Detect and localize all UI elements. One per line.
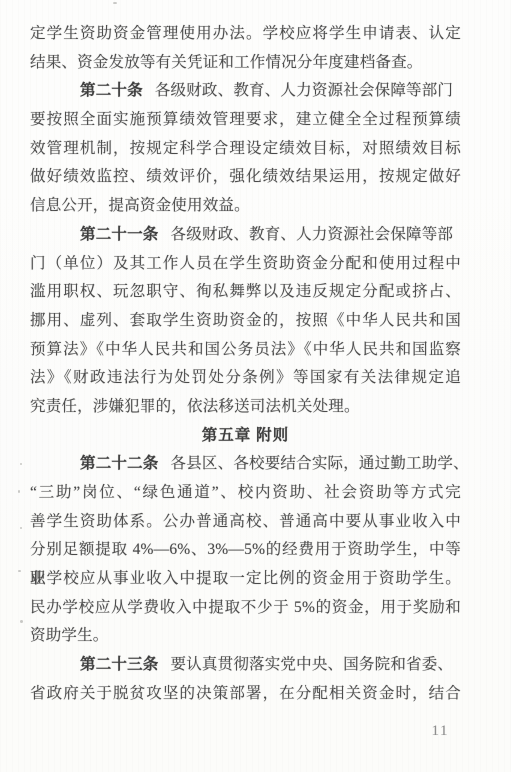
page-number: 11 [432,720,449,742]
text-line: 法》《财政违法行为处罚处分条例》等国家有关法律规定追 [30,364,461,393]
article-number: 第二十三条 [80,656,159,673]
text-line: 做好绩效监控、绩效评价，强化绩效结果运用，按规定做好 [30,163,461,192]
text-line: “三助”岗位、“绿色通道”、校内资助、社会资助等方式完 [30,479,461,508]
text-line: 各级财政、教育、人力资源社会保障等部 [171,226,454,243]
scanned-document-page: 定学生资助资金管理使用办法。学校应将学生申请表、认定 结果、资金发放等有关凭证和… [0,0,511,772]
text-line: 省政府关于脱贫攻坚的决策部署，在分配相关资金时，结合 [30,680,461,709]
scan-speck [20,463,22,465]
paragraph-start-line: 第二十三条要认真贯彻落实党中央、国务院和省委、 [30,651,461,680]
text-line: 信息公开，提高资金使用效益。 [30,192,461,221]
text-line: 门（单位）及其工作人员在学生资助资金分配和使用过程中 [30,250,461,279]
paragraph-start-line: 第二十一条各级财政、教育、人力资源社会保障等部 [30,221,461,250]
text-line: 滥用职权、玩忽职守、徇私舞弊以及违反规定分配或挤占、 [30,278,461,307]
article-number: 第二十二条 [80,455,159,472]
text-line: 要认真贯彻落实党中央、国务院和省委、 [171,656,454,673]
chapter-heading: 第五章 附则 [30,422,461,451]
scan-speck [20,527,22,529]
text-line: 要按照全面实施预算绩效管理要求，建立健全全过程预算绩 [30,106,461,135]
article-number: 第二十一条 [80,226,159,243]
text-line: 民办学校应从学费收入中提取不少于 5%的资金，用于奖励和 [30,594,461,623]
scan-speck [18,490,20,493]
scan-speck [18,570,21,572]
text-line: 分别足额提取 4%—6%、3%—5%的经费用于资助学生，中等职 [30,536,461,565]
text-line: 挪用、虚列、套取学生资助资金的，按照《中华人民共和国 [30,307,461,336]
text-line: 究责任，涉嫌犯罪的，依法移送司法机关处理。 [30,393,461,422]
scan-speck [20,620,23,623]
paragraph-start-line: 第二十二条各县区、各校要结合实际，通过勤工助学、 [30,450,461,479]
scan-speck [113,2,117,4]
text-line: 善学生资助体系。公办普通高校、普通高中要从事业收入中 [30,508,461,537]
text-line: 结果、资金发放等有关凭证和工作情况分年度建档备查。 [30,49,461,78]
text-line: 各县区、各校要结合实际，通过勤工助学、 [171,455,469,472]
paragraph-start-line: 第二十条各级财政、教育、人力资源社会保障等部门 [30,77,461,106]
text-line: 资助学生。 [30,622,461,651]
text-line: 预算法》《中华人民共和国公务员法》《中华人民共和国监察 [30,336,461,365]
text-line: 定学生资助资金管理使用办法。学校应将学生申请表、认定 [30,20,461,49]
text-block: 定学生资助资金管理使用办法。学校应将学生申请表、认定 结果、资金发放等有关凭证和… [30,20,461,709]
text-line: 效管理机制，按规定科学合理设定绩效目标，对照绩效目标 [30,135,461,164]
text-line: 各级财政、教育、人力资源社会保障等部门 [155,82,453,99]
article-number: 第二十条 [80,82,143,99]
text-line: 业学校应从事业收入中提取一定比例的资金用于资助学生。 [30,565,461,594]
